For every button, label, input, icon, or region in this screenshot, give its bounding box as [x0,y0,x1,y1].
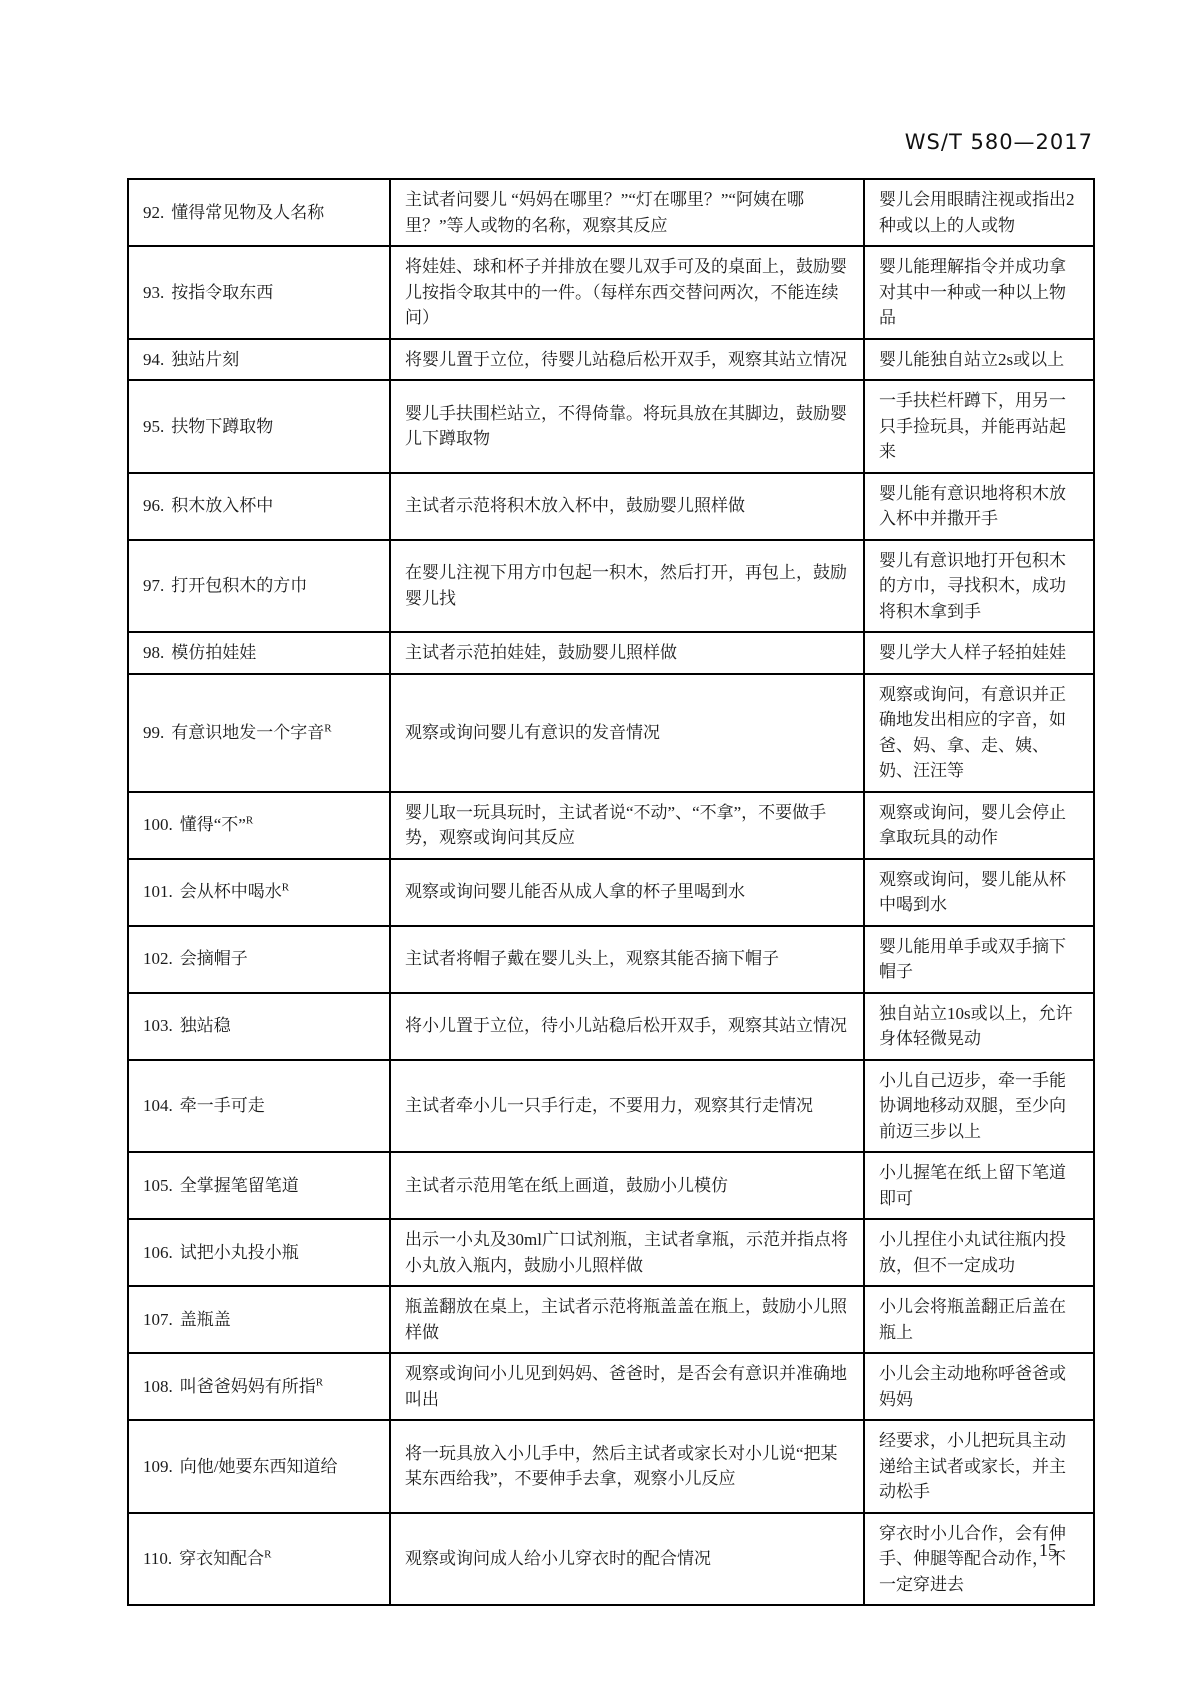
item-superscript-r: R [324,722,331,734]
table-row: 103.独站稳 将小儿置于立位，待小儿站稳后松开双手，观察其站立情况 独自站立1… [128,993,1094,1060]
item-name: 会从杯中喝水 [180,882,282,901]
item-superscript-r: R [316,1376,323,1388]
item-name: 全掌握笔留笔道 [180,1176,299,1195]
item-cell: 106.试把小丸投小瓶 [128,1219,390,1286]
item-number: 105. [143,1176,173,1195]
item-name: 按指令取东西 [171,283,273,302]
item-number: 100. [143,815,173,834]
item-name: 牵一手可走 [180,1096,265,1115]
item-cell: 95.扶物下蹲取物 [128,380,390,473]
method-cell: 将婴儿置于立位，待婴儿站稳后松开双手，观察其站立情况 [390,339,864,381]
method-cell: 婴儿取一玩具玩时，主试者说“不动”、“不拿”，不要做手势，观察或询问其反应 [390,792,864,859]
standard-number-header: WS/T 580—2017 [127,130,1093,154]
item-number: 92. [143,203,164,222]
item-name: 懂得“不” [180,815,246,834]
table-row: 99.有意识地发一个字音R 观察或询问婴儿有意识的发音情况 观察或询问，有意识并… [128,674,1094,792]
page-number: 15 [127,1540,1057,1561]
item-number: 97. [143,576,164,595]
item-cell: 93.按指令取东西 [128,246,390,339]
criteria-cell: 经要求，小儿把玩具主动递给主试者或家长，并主动松手 [864,1420,1094,1513]
criteria-cell: 婴儿学大人样子轻拍娃娃 [864,632,1094,674]
item-number: 109. [143,1457,173,1476]
method-cell: 主试者将帽子戴在婴儿头上，观察其能否摘下帽子 [390,926,864,993]
table-row: 92.懂得常见物及人名称 主试者问婴儿 “妈妈在哪里？”“灯在哪里？”“阿姨在哪… [128,179,1094,246]
item-name: 叫爸爸妈妈有所指 [180,1377,316,1396]
criteria-cell: 婴儿能用单手或双手摘下帽子 [864,926,1094,993]
item-cell: 94.独站片刻 [128,339,390,381]
criteria-cell: 小儿会主动地称呼爸爸或妈妈 [864,1353,1094,1420]
item-cell: 99.有意识地发一个字音R [128,674,390,792]
criteria-cell: 观察或询问，有意识并正确地发出相应的字音，如爸、妈、拿、走、姨、奶、汪汪等 [864,674,1094,792]
table-row: 100.懂得“不”R 婴儿取一玩具玩时，主试者说“不动”、“不拿”，不要做手势，… [128,792,1094,859]
item-number: 93. [143,283,164,302]
item-cell: 100.懂得“不”R [128,792,390,859]
method-cell: 观察或询问婴儿有意识的发音情况 [390,674,864,792]
method-cell: 出示一小丸及30ml广口试剂瓶，主试者拿瓶，示范并指点将小丸放入瓶内，鼓励小儿照… [390,1219,864,1286]
criteria-cell: 一手扶栏杆蹲下，用另一只手捡玩具，并能再站起来 [864,380,1094,473]
item-name: 独站稳 [180,1016,231,1035]
assessment-items-table: 92.懂得常见物及人名称 主试者问婴儿 “妈妈在哪里？”“灯在哪里？”“阿姨在哪… [127,178,1095,1606]
item-number: 108. [143,1377,173,1396]
document-page: WS/T 580—2017 92.懂得常见物及人名称 主试者问婴儿 “妈妈在哪里… [0,0,1190,1682]
method-cell: 瓶盖翻放在桌上，主试者示范将瓶盖盖在瓶上，鼓励小儿照样做 [390,1286,864,1353]
criteria-cell: 小儿捏住小丸试往瓶内投放，但不一定成功 [864,1219,1094,1286]
item-number: 101. [143,882,173,901]
criteria-cell: 婴儿会用眼睛注视或指出2种或以上的人或物 [864,179,1094,246]
item-name: 有意识地发一个字音 [171,723,324,742]
item-name: 打开包积木的方巾 [171,576,307,595]
criteria-cell: 观察或询问，婴儿能从杯中喝到水 [864,859,1094,926]
item-cell: 101.会从杯中喝水R [128,859,390,926]
method-cell: 主试者牵小儿一只手行走，不要用力，观察其行走情况 [390,1060,864,1153]
criteria-cell: 小儿握笔在纸上留下笔道即可 [864,1152,1094,1219]
table-row: 97.打开包积木的方巾 在婴儿注视下用方巾包起一积木，然后打开，再包上，鼓励婴儿… [128,540,1094,633]
criteria-cell: 独自站立10s或以上，允许身体轻微晃动 [864,993,1094,1060]
criteria-cell: 婴儿能理解指令并成功拿对其中一种或一种以上物品 [864,246,1094,339]
table-row: 101.会从杯中喝水R 观察或询问婴儿能否从成人拿的杯子里喝到水 观察或询问，婴… [128,859,1094,926]
item-number: 107. [143,1310,173,1329]
item-name: 独站片刻 [171,350,239,369]
item-cell: 98.模仿拍娃娃 [128,632,390,674]
item-name: 盖瓶盖 [180,1310,231,1329]
method-cell: 观察或询问婴儿能否从成人拿的杯子里喝到水 [390,859,864,926]
method-cell: 主试者示范将积木放入杯中，鼓励婴儿照样做 [390,473,864,540]
item-cell: 108.叫爸爸妈妈有所指R [128,1353,390,1420]
method-cell: 观察或询问小儿见到妈妈、爸爸时，是否会有意识并准确地叫出 [390,1353,864,1420]
item-superscript-r: R [246,815,253,827]
table-row: 96.积木放入杯中 主试者示范将积木放入杯中，鼓励婴儿照样做 婴儿能有意识地将积… [128,473,1094,540]
criteria-cell: 婴儿能独自站立2s或以上 [864,339,1094,381]
item-cell: 97.打开包积木的方巾 [128,540,390,633]
method-cell: 主试者示范用笔在纸上画道，鼓励小儿模仿 [390,1152,864,1219]
item-cell: 109.向他/她要东西知道给 [128,1420,390,1513]
item-number: 94. [143,350,164,369]
table-row: 106.试把小丸投小瓶 出示一小丸及30ml广口试剂瓶，主试者拿瓶，示范并指点将… [128,1219,1094,1286]
item-name: 向他/她要东西知道给 [180,1457,338,1476]
table-row: 93.按指令取东西 将娃娃、球和杯子并排放在婴儿双手可及的桌面上，鼓励婴儿按指令… [128,246,1094,339]
item-cell: 96.积木放入杯中 [128,473,390,540]
method-cell: 将小儿置于立位，待小儿站稳后松开双手，观察其站立情况 [390,993,864,1060]
item-number: 103. [143,1016,173,1035]
item-name: 模仿拍娃娃 [171,643,256,662]
table-row: 109.向他/她要东西知道给 将一玩具放入小儿手中，然后主试者或家长对小儿说“把… [128,1420,1094,1513]
table-row: 107.盖瓶盖 瓶盖翻放在桌上，主试者示范将瓶盖盖在瓶上，鼓励小儿照样做 小儿会… [128,1286,1094,1353]
item-number: 98. [143,643,164,662]
item-number: 99. [143,723,164,742]
item-cell: 104.牵一手可走 [128,1060,390,1153]
method-cell: 在婴儿注视下用方巾包起一积木，然后打开，再包上，鼓励婴儿找 [390,540,864,633]
table-row: 108.叫爸爸妈妈有所指R 观察或询问小儿见到妈妈、爸爸时，是否会有意识并准确地… [128,1353,1094,1420]
table-row: 95.扶物下蹲取物 婴儿手扶围栏站立，不得倚靠。将玩具放在其脚边，鼓励婴儿下蹲取… [128,380,1094,473]
item-number: 104. [143,1096,173,1115]
method-cell: 婴儿手扶围栏站立，不得倚靠。将玩具放在其脚边，鼓励婴儿下蹲取物 [390,380,864,473]
item-number: 96. [143,496,164,515]
criteria-cell: 小儿会将瓶盖翻正后盖在瓶上 [864,1286,1094,1353]
criteria-cell: 小儿自己迈步，牵一手能协调地移动双腿，至少向前迈三步以上 [864,1060,1094,1153]
table-row: 94.独站片刻 将婴儿置于立位，待婴儿站稳后松开双手，观察其站立情况 婴儿能独自… [128,339,1094,381]
criteria-cell: 观察或询问，婴儿会停止拿取玩具的动作 [864,792,1094,859]
item-number: 106. [143,1243,173,1262]
item-superscript-r: R [282,882,289,894]
item-number: 95. [143,417,164,436]
item-cell: 103.独站稳 [128,993,390,1060]
method-cell: 将娃娃、球和杯子并排放在婴儿双手可及的桌面上，鼓励婴儿按指令取其中的一件。（每样… [390,246,864,339]
method-cell: 主试者示范拍娃娃，鼓励婴儿照样做 [390,632,864,674]
table-row: 105.全掌握笔留笔道 主试者示范用笔在纸上画道，鼓励小儿模仿 小儿握笔在纸上留… [128,1152,1094,1219]
item-number: 102. [143,949,173,968]
item-cell: 105.全掌握笔留笔道 [128,1152,390,1219]
table-row: 104.牵一手可走 主试者牵小儿一只手行走，不要用力，观察其行走情况 小儿自己迈… [128,1060,1094,1153]
item-name: 会摘帽子 [180,949,248,968]
criteria-cell: 婴儿能有意识地将积木放入杯中并撒开手 [864,473,1094,540]
method-cell: 主试者问婴儿 “妈妈在哪里？”“灯在哪里？”“阿姨在哪里？”等人或物的名称，观察… [390,179,864,246]
item-name: 扶物下蹲取物 [171,417,273,436]
table-row: 102.会摘帽子 主试者将帽子戴在婴儿头上，观察其能否摘下帽子 婴儿能用单手或双… [128,926,1094,993]
item-cell: 92.懂得常见物及人名称 [128,179,390,246]
method-cell: 将一玩具放入小儿手中，然后主试者或家长对小儿说“把某某东西给我”，不要伸手去拿，… [390,1420,864,1513]
criteria-cell: 婴儿有意识地打开包积木的方巾，寻找积木，成功将积木拿到手 [864,540,1094,633]
item-name: 试把小丸投小瓶 [180,1243,299,1262]
item-cell: 102.会摘帽子 [128,926,390,993]
table-row: 98.模仿拍娃娃 主试者示范拍娃娃，鼓励婴儿照样做 婴儿学大人样子轻拍娃娃 [128,632,1094,674]
item-name: 积木放入杯中 [171,496,273,515]
item-name: 懂得常见物及人名称 [171,203,324,222]
item-cell: 107.盖瓶盖 [128,1286,390,1353]
